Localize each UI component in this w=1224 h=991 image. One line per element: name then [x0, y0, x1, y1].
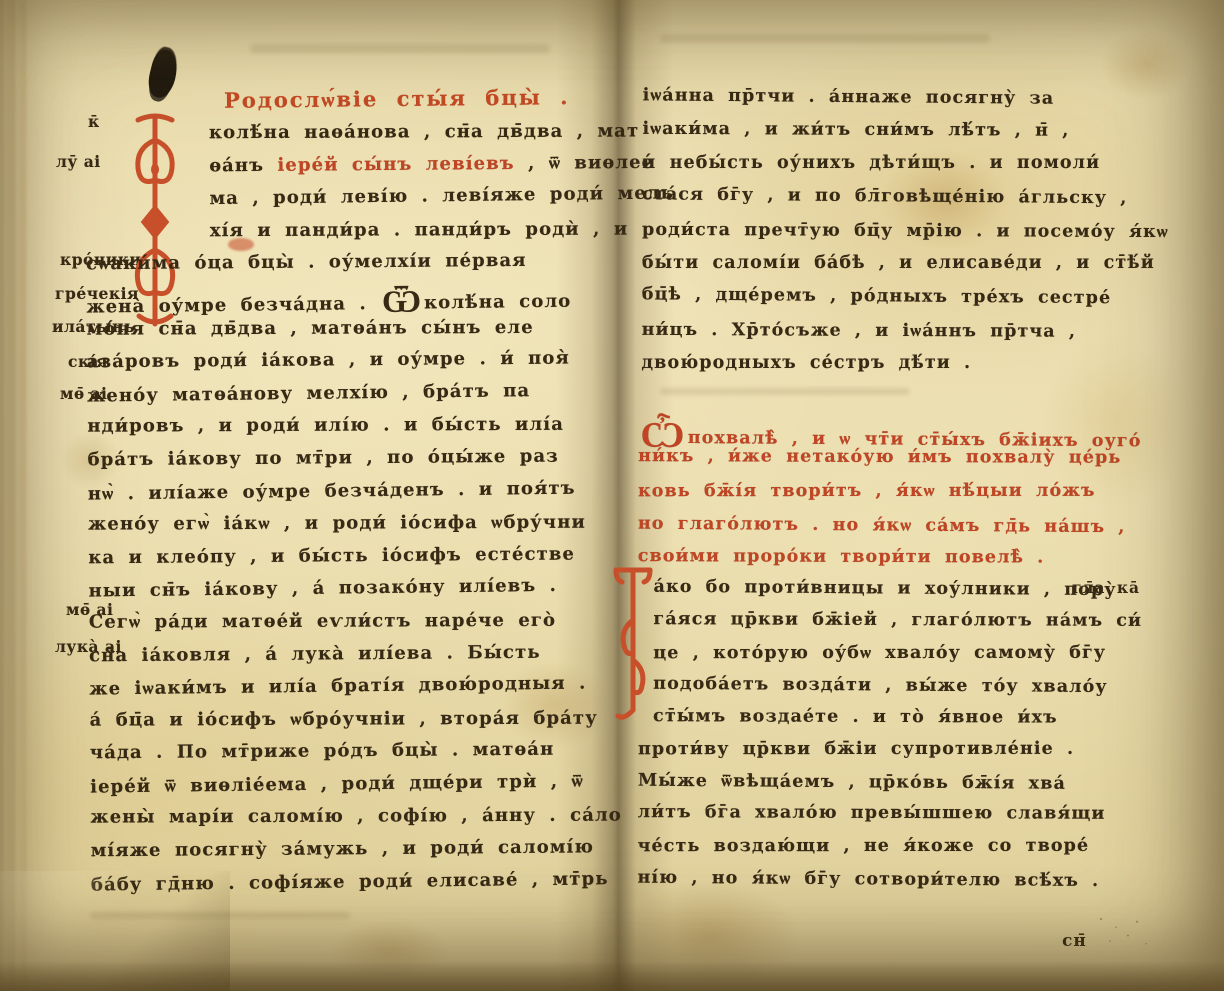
text-line: же іѡаки́мъ и илі́а браті́я двою́родныя … — [89, 671, 678, 711]
text-line: нди́ровъ , и роди́ илі́ю . и бы́сть илі́… — [87, 414, 676, 449]
text-line: Сегѡ̀ ра́ди матѳе́й еѵли́стъ наре́че его… — [89, 609, 678, 644]
text-segment-bigcap: Ѽ — [638, 414, 688, 456]
text-line: ст̄ы́мъ воздае́те . и то̀ я́вное и́хъ — [638, 706, 1142, 740]
text-line: ни́цъ . Хр̄то́съже , и іѡа́ннъ пр̄тча , — [641, 319, 1168, 355]
text-line: бы́ти саломі́и ба́бѣ , и елисаве́ди , и … — [642, 253, 1169, 286]
show-through-text — [660, 388, 910, 395]
text-line: ныи сн̄ъ іа́кову , а́ позако́ну илі́евъ … — [88, 574, 677, 614]
text-line: іере́й ѿ виѳліе́ема , роди́ дще́ри трѝ ,… — [90, 769, 679, 809]
text-line: мі́яже посягну̀ за́мужь , и роди́ саломі… — [91, 836, 680, 873]
text-line: и небы́сть оу́нихъ дѣти́щъ . и помоли́ — [642, 153, 1169, 186]
text-line: мо́ня сн̄а дв̄два , матѳа́нъ сы́нъ еле — [87, 316, 676, 351]
text-line: нѡ̀ . илі́аже оу́мре безча́денъ . и поя́… — [88, 476, 677, 516]
text-line: подоба́етъ возда́ти , вы́же то́у хвало́у — [638, 673, 1142, 709]
text-line: роди́ста пречт̄ую бц̄у мр̄ію . и посемо́… — [642, 218, 1169, 254]
text-segment-bigcap: Ѿ — [380, 283, 424, 320]
text-line: но глаго́лютъ . но я́кѡ са́мъ гд̄ь на́шъ… — [638, 512, 1142, 549]
text-line: га́яся цр̄кви бж̄іей , глаго́лютъ на́мъ … — [638, 609, 1142, 643]
text-line: жена̀ оу́мре безча́дна . Ѿколѣ́на соло — [86, 280, 675, 320]
text-block-right-rubric: Ѽпохвалѣ̀ , и ѡ чт̄и ст̄ы́хъ бж̄іихъ оуг… — [638, 413, 1142, 581]
text-line: ні́ю , но я́кѡ бг̄у сотвори́телю всѣ́хъ … — [637, 866, 1141, 902]
text-segment: колѣ́на соло — [424, 291, 571, 314]
chapter-margin-note: гл̄а ка̄ — [1072, 578, 1140, 597]
text-line: Ѽпохвалѣ̀ , и ѡ чт̄и ст̄ы́хъ бж̄іихъ оуг… — [638, 413, 1142, 450]
text-line: а́ бц̄а и іо́сифъ ѡбро́учніи , втора́я б… — [90, 707, 679, 742]
text-segment-red: іере́й сы́нъ леві́евъ — [277, 153, 514, 176]
text-line: іѡа́нна пр̄тчи . а́ннаже посягну̀ за — [642, 84, 1169, 122]
text-line: проти́ву цр̄кви бж̄іи супротивле́ніе . — [638, 739, 1142, 772]
section-title: Родослѡ́віе сты́я бцы̀ . — [224, 84, 570, 114]
show-through-text — [660, 34, 990, 43]
ink-speckles — [1095, 908, 1155, 963]
text-segment: похвалѣ̀ , и ѡ чт̄и ст̄ы́хъ бж̄іихъ оуго… — [688, 428, 1142, 451]
show-through-text — [250, 44, 550, 53]
text-line: жены̀ марі́и саломі́ю , софі́ю , а́нну .… — [90, 805, 679, 840]
text-line: свои́ми проро́ки твори́ти повелѣ̀ . — [638, 546, 1141, 581]
folio-mark: сн̄ — [1062, 931, 1087, 951]
text-line: двою́родныхъ се́стръ дѣ́ти . — [641, 353, 1168, 386]
text-block-left: колѣ́на наѳа́нова , сн̄а дв̄два , матѳа́… — [85, 119, 680, 906]
book-bottom-shadow — [0, 961, 1224, 991]
text-line: іѡаки́ма , и жи́тъ сни́мъ лѣ́тъ , н̄ , — [642, 118, 1169, 154]
text-line: ни́къ , и́же нетако́ую и́мъ похвалу̀ це́… — [638, 446, 1141, 481]
text-line: ма , роди́ леві́ю . леві́яже роди́ мель — [85, 183, 674, 223]
text-segment: , ѿ виѳлее́ — [515, 151, 655, 173]
book-spread: Родослѡ́віе сты́я бцы̀ . к̄ лӯ аі кро́ни… — [0, 0, 1224, 991]
text-block-right-bottom: а́ко бо проти́вницы и хоу́лники , пору̀г… — [637, 577, 1142, 901]
text-line: Мы́же ѿвѣща́емъ , цр̄ко́вь бж̄і́я хва́ — [638, 770, 1142, 806]
text-line: жено́у егѡ̀ іа́кѡ , и роди́ іо́сифа ѡбру… — [88, 511, 677, 546]
text-line: це , кото́рую оу́бѡ хвало́у самому̀ бг̄у — [638, 642, 1142, 675]
text-line: жено́у матѳа́нову мелхі́ю , бра́тъ па — [87, 378, 676, 418]
text-line: бра́тъ іа́кову по мт̄ри , по о́цы́же раз — [87, 445, 676, 482]
text-line: че́сть воздаю́щи , не я́коже со творе́ — [638, 835, 1142, 868]
text-line: ли́тъ бг̄а хвало́ю превы́шшею славя́щи — [638, 802, 1142, 836]
page-edge-deckle — [0, 0, 26, 991]
text-block-right-top: іѡа́нна пр̄тчи . а́ннаже посягну̀ заіѡак… — [641, 85, 1169, 388]
text-segment: ѳа́нъ — [209, 154, 277, 176]
text-segment: жена̀ оу́мре безча́дна . — [86, 293, 380, 318]
text-line: хі́я и панди́ра . панди́ръ родѝ , и — [86, 218, 675, 253]
text-line: ста́ся бг̄у , и по бл̄говѣще́нію а́гльск… — [642, 185, 1169, 223]
text-line: а́ко бо проти́вницы и хоу́лники , пору̀ — [638, 577, 1142, 613]
text-line: бц̄ѣ , дще́ремъ , ро́дныхъ тре́хъ сестре… — [642, 285, 1169, 323]
text-line: колѣ́на наѳа́нова , сн̄а дв̄два , мат — [85, 120, 674, 155]
ink-blot — [145, 48, 182, 101]
text-line: ковь бж̄і́я твори́тъ , я́кѡ нѣ́цыи ло́жъ — [638, 480, 1141, 514]
text-line: аза́ровъ роди́ іа́кова , и оу́мре . и́ п… — [87, 347, 676, 384]
